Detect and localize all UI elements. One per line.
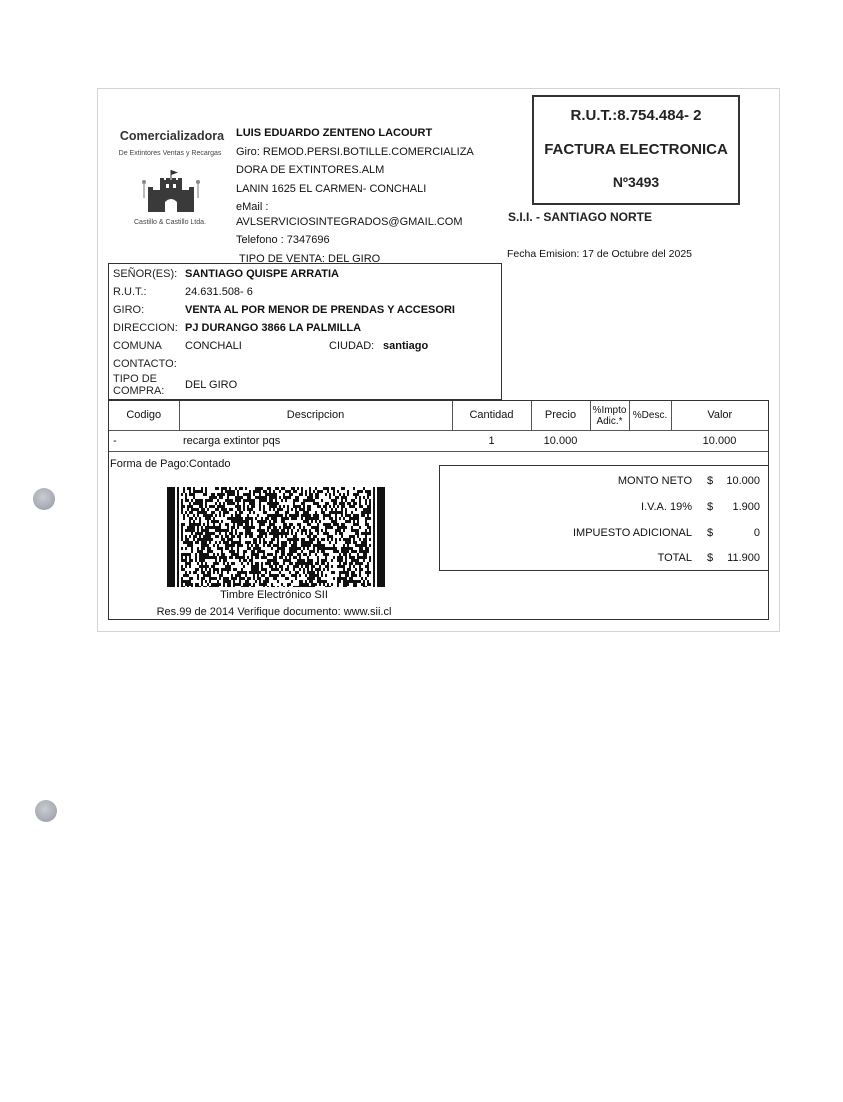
header-codigo: Codigo (109, 401, 179, 431)
client-ciudad: santiago (383, 340, 428, 352)
header-desc: %Desc. (629, 401, 671, 431)
header-descripcion: Descripcion (179, 401, 452, 431)
client-name: SANTIAGO QUISPE ARRATIA (185, 268, 339, 280)
client-rut-label: R.U.T.: (113, 286, 185, 298)
total-label: MONTO NETO (618, 475, 692, 487)
issue-date: Fecha Emision: 17 de Octubre del 2025 (507, 248, 692, 260)
client-ciudad-label: CIUDAD: (329, 340, 383, 352)
document-number: Nº3493 (534, 174, 738, 190)
client-name-label: SEÑOR(ES): (113, 268, 185, 280)
header-valor: Valor (671, 401, 768, 431)
total-label: TOTAL (658, 552, 692, 564)
client-name-row: SEÑOR(ES):SANTIAGO QUISPE ARRATIA (113, 268, 339, 280)
issuer-email-label: eMail : (236, 201, 474, 214)
client-giro-label: GIRO: (113, 304, 185, 316)
currency-symbol: $ (700, 501, 720, 513)
item-valor: 10.000 (671, 431, 768, 452)
totals-row: TOTAL$11.900 (658, 552, 760, 564)
document-type: FACTURA ELECTRONICA (534, 141, 738, 158)
client-comuna-row: COMUNACONCHALICIUDAD:santiago (113, 340, 428, 352)
castle-icon (140, 168, 202, 214)
client-purchase-type: DEL GIRO (185, 379, 237, 391)
items-header-row: Codigo Descripcion Cantidad Precio %Impt… (109, 401, 768, 431)
totals-row: I.V.A. 19%$1.900 (641, 501, 760, 513)
client-comuna-label: COMUNA (113, 340, 185, 352)
issuer-phone: Telefono : 7347696 (236, 231, 474, 250)
currency-symbol: $ (700, 527, 720, 539)
totals-row: IMPUESTO ADICIONAL$0 (573, 527, 760, 539)
currency-symbol: $ (700, 552, 720, 564)
client-info-box: SEÑOR(ES):SANTIAGO QUISPE ARRATIA R.U.T.… (108, 263, 502, 400)
total-value: 11.900 (720, 552, 760, 564)
client-comuna: CONCHALI (185, 340, 329, 352)
items-table: Codigo Descripcion Cantidad Precio %Impt… (109, 401, 768, 452)
document-header-box: R.U.T.:8.754.484- 2 FACTURA ELECTRONICA … (532, 95, 740, 205)
client-rut-row: R.U.T.:24.631.508- 6 (113, 286, 253, 298)
stamp-caption: Timbre Electrónico SII (109, 589, 439, 601)
issuer-info: LUIS EDUARDO ZENTENO LACOURT Giro: REMOD… (236, 124, 474, 268)
logo-title: Comercializadora (108, 129, 236, 143)
issuer-giro-line2: DORA DE EXTINTORES.ALM (236, 161, 474, 180)
item-impto (590, 431, 629, 452)
item-cantidad: 1 (452, 431, 531, 452)
client-address-row: DIRECCION:PJ DURANGO 3866 LA PALMILLA (113, 322, 361, 334)
client-purchase-type-label: TIPO DECOMPRA: (113, 373, 185, 397)
hole-punch-icon (33, 488, 55, 510)
totals-box: MONTO NETO$10.000 I.V.A. 19%$1.900 IMPUE… (439, 465, 768, 571)
item-desc (629, 431, 671, 452)
client-giro-row: GIRO:VENTA AL POR MENOR DE PRENDAS Y ACC… (113, 304, 455, 316)
total-label: IMPUESTO ADICIONAL (573, 527, 692, 539)
header-impto-adic: %Impto Adic.* (590, 401, 629, 431)
client-address-label: DIRECCION: (113, 322, 185, 334)
client-rut: 24.631.508- 6 (185, 286, 253, 298)
items-section: Codigo Descripcion Cantidad Precio %Impt… (108, 400, 769, 620)
issuer-email: AVLSERVICIOSINTEGRADOS@GMAIL.COM (236, 214, 474, 231)
payment-method: Forma de Pago:Contado (110, 458, 230, 470)
item-precio: 10.000 (531, 431, 590, 452)
client-contact-row: CONTACTO: (113, 358, 185, 370)
client-giro: VENTA AL POR MENOR DE PRENDAS Y ACCESORI (185, 304, 455, 316)
table-row: - recarga extintor pqs 1 10.000 10.000 (109, 431, 768, 452)
client-address: PJ DURANGO 3866 LA PALMILLA (185, 322, 361, 334)
item-codigo: - (109, 431, 179, 452)
issuer-name: LUIS EDUARDO ZENTENO LACOURT (236, 124, 474, 143)
header-precio: Precio (531, 401, 590, 431)
issuer-giro-line1: Giro: REMOD.PERSI.BOTILLE.COMERCIALIZA (236, 143, 474, 162)
sii-office: S.I.I. - SANTIAGO NORTE (508, 210, 652, 224)
logo-footer: Castillo & Castillo Ltda. (115, 219, 225, 226)
pdf417-stamp-barcode (167, 487, 385, 587)
hole-punch-icon (35, 800, 57, 822)
currency-symbol: $ (700, 475, 720, 487)
total-value: 10.000 (720, 475, 760, 487)
total-label: I.V.A. 19% (641, 501, 692, 513)
client-purchase-type-row: TIPO DECOMPRA:DEL GIRO (113, 373, 237, 397)
client-contact-label: CONTACTO: (113, 358, 185, 370)
header-cantidad: Cantidad (452, 401, 531, 431)
issuer-address: LANIN 1625 EL CARMEN- CONCHALI (236, 180, 474, 199)
issuer-rut: R.U.T.:8.754.484- 2 (534, 107, 738, 124)
logo-subtitle: De Extintores Ventas y Recargas (100, 150, 240, 157)
stamp-verify: Res.99 de 2014 Verifique documento: www.… (109, 606, 439, 618)
total-value: 0 (720, 527, 760, 539)
item-descripcion: recarga extintor pqs (179, 431, 452, 452)
totals-row: MONTO NETO$10.000 (618, 475, 760, 487)
total-value: 1.900 (720, 501, 760, 513)
